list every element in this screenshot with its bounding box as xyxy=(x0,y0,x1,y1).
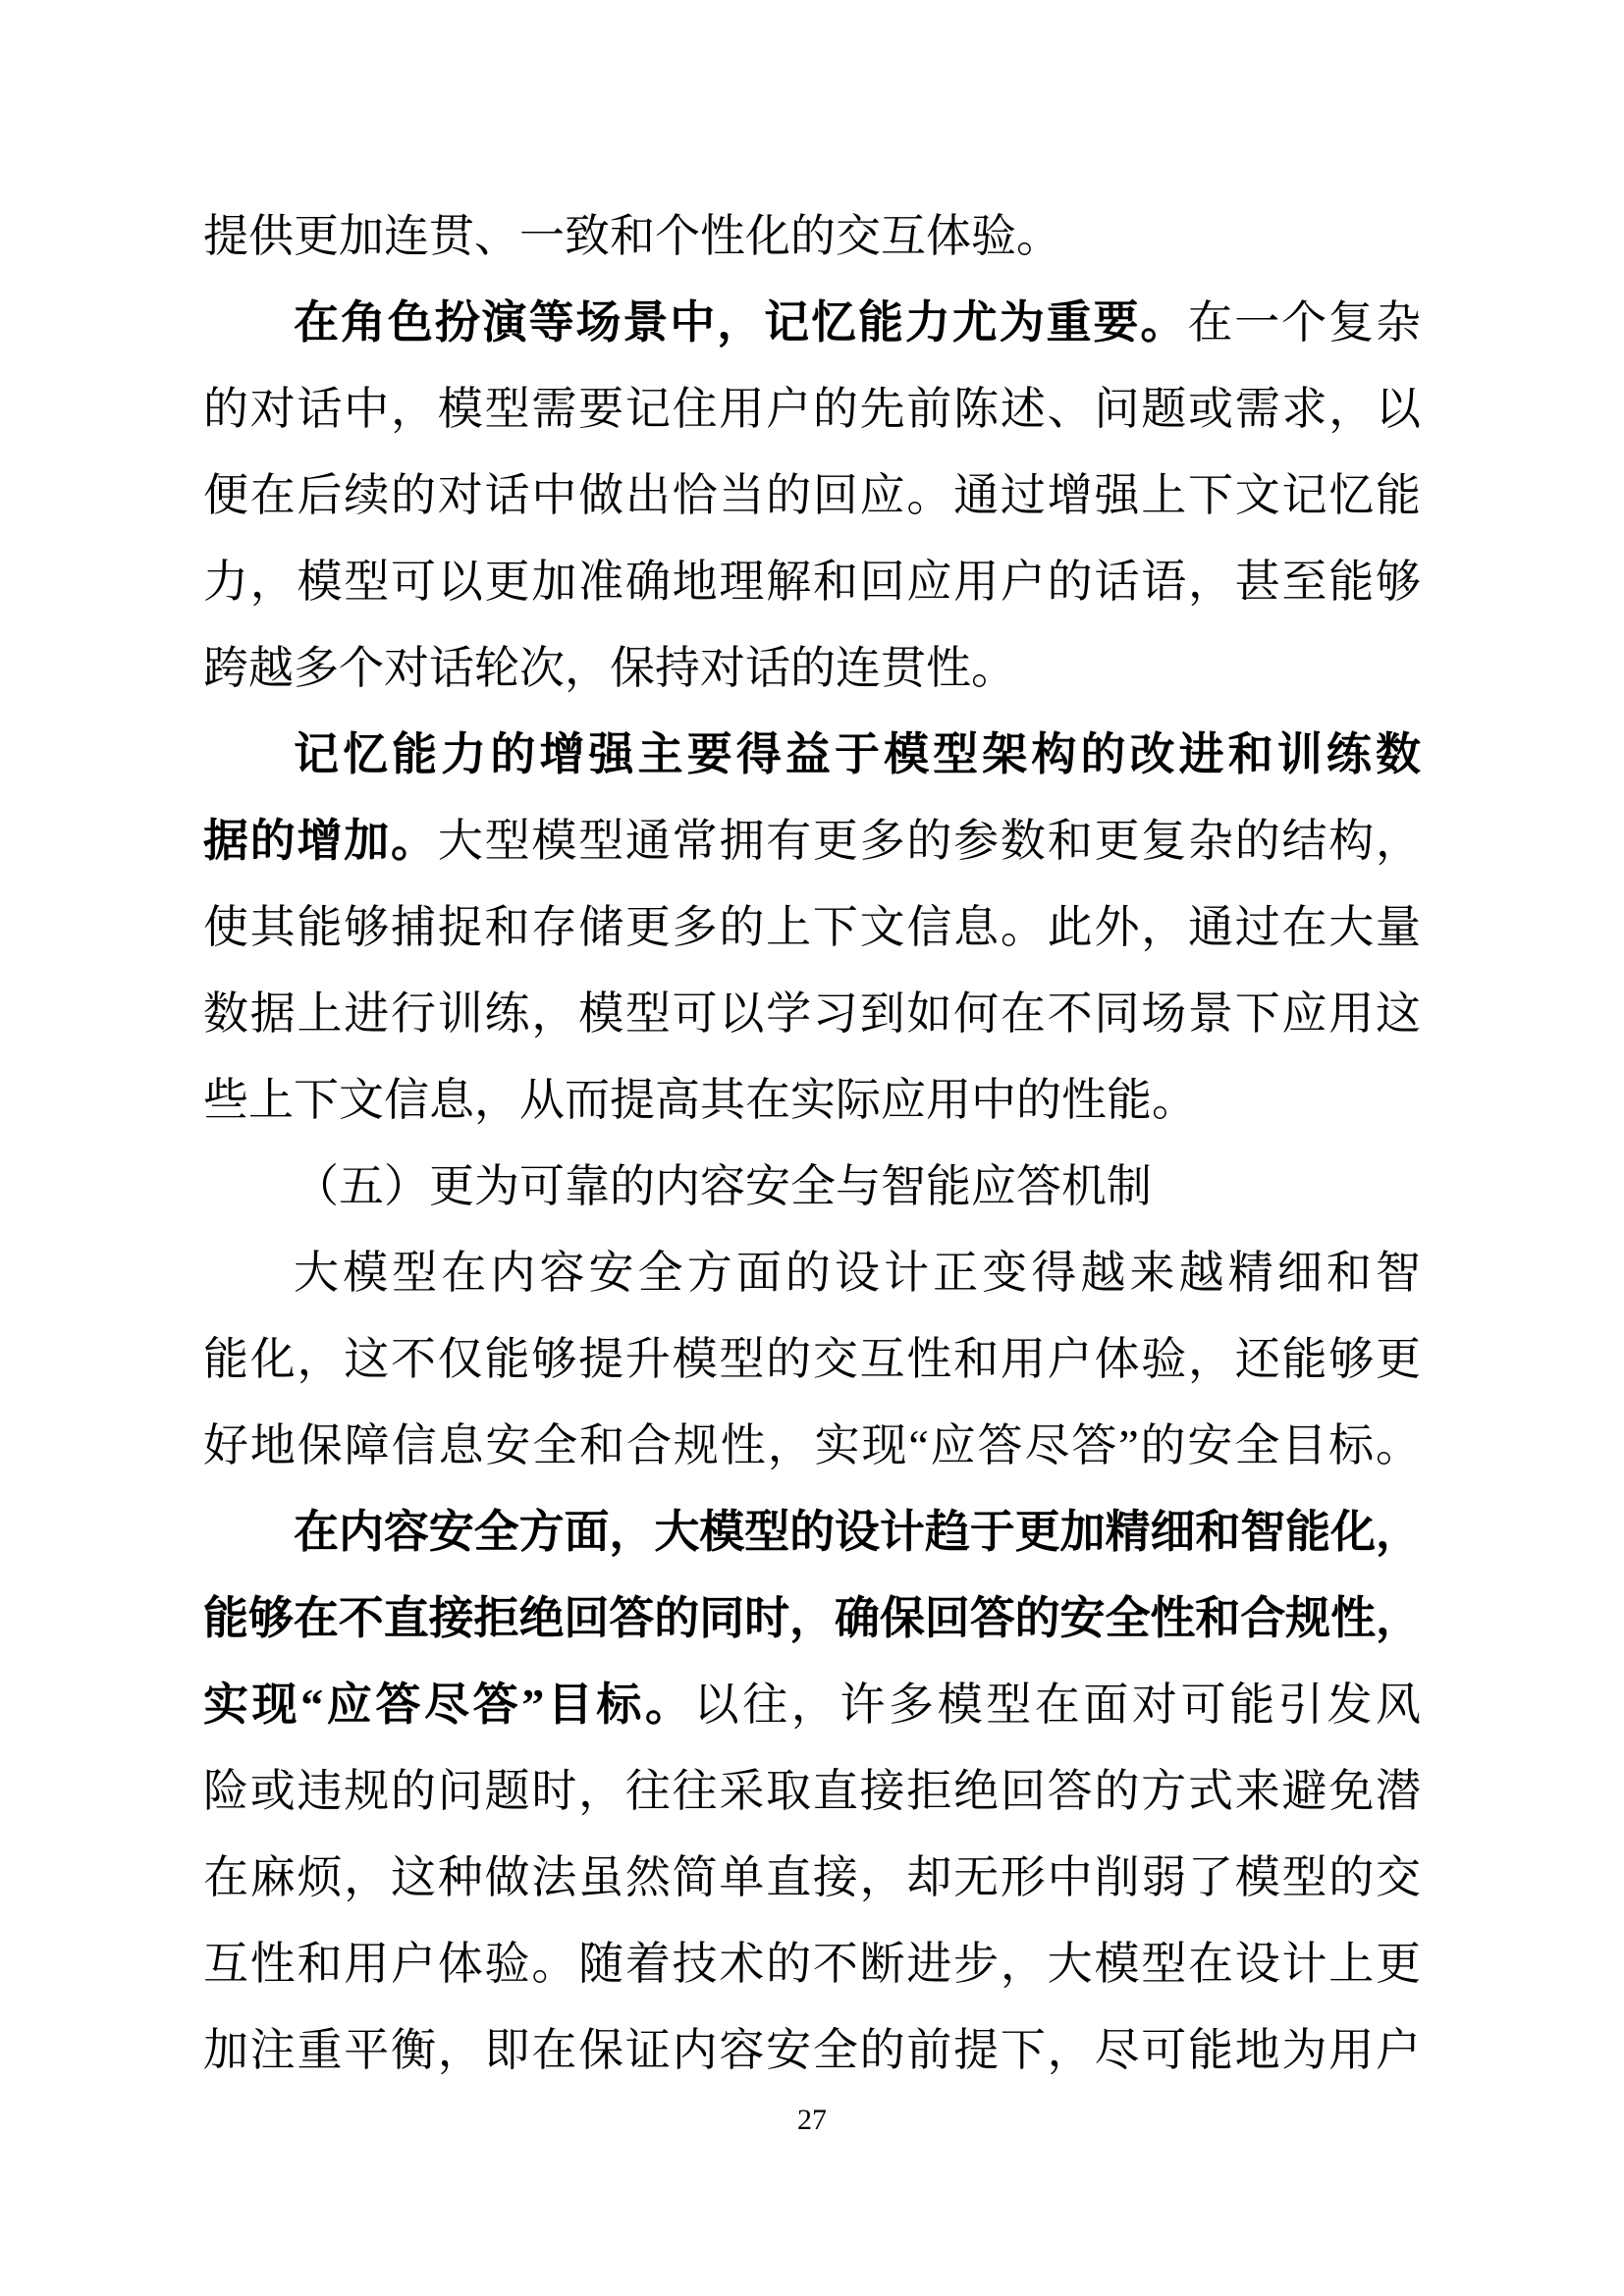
line-content: 好地保障信息安全和合规性，实现“应答尽答”的安全目标。 xyxy=(203,1403,1423,1489)
body-text: 以往，许多模型在面对可能引发风 xyxy=(694,1680,1425,1730)
line-content: 加注重平衡，即在保证内容安全的前提下，尽可能地为用户 xyxy=(203,2007,1423,2094)
emphasis-text: 实现“应答尽答”目标。 xyxy=(203,1680,694,1730)
emphasis-text: 在角色扮演等场景中，记忆能力尤为重要。 xyxy=(294,297,1187,347)
emphasis-text: 能够在不直接拒绝回答的同时，确保回答的安全性和合规性， xyxy=(203,1593,1421,1643)
text-line: 便在后续的对话中做出恰当的回应。通过增强上下文记忆能 xyxy=(203,453,1421,539)
body-text: 险或违规的问题时，往往采取直接拒绝回答的方式来避免潜 xyxy=(203,1766,1423,1816)
body-text: 的对话中，模型需要记住用户的先前陈述、问题或需求，以 xyxy=(203,384,1423,434)
text-line: 在麻烦，这种做法虽然简单直接，却无形中削弱了模型的交 xyxy=(203,1835,1421,1921)
text-line: 提供更加连贯、一致和个性化的交互体验。 xyxy=(203,193,1421,280)
text-line: 跨越多个对话轮次，保持对话的连贯性。 xyxy=(203,625,1421,712)
body-text: 互性和用户体验。随着技术的不断进步，大模型在设计上更 xyxy=(203,1939,1423,1989)
text-block: 提供更加连贯、一致和个性化的交互体验。在角色扮演等场景中，记忆能力尤为重要。在一… xyxy=(203,193,1421,2094)
line-content: 互性和用户体验。随着技术的不断进步，大模型在设计上更 xyxy=(203,1921,1423,2007)
body-text: 大型模型通常拥有更多的参数和更复杂的结构， xyxy=(438,816,1423,866)
body-text: 使其能够捕捉和存储更多的上下文信息。此外，通过在大量 xyxy=(203,902,1423,952)
text-line: 些上下文信息，从而提高其在实际应用中的性能。 xyxy=(203,1057,1421,1144)
text-line: 在角色扮演等场景中，记忆能力尤为重要。在一个复杂 xyxy=(203,280,1421,366)
text-line: 在内容安全方面，大模型的设计趋于更加精细和智能化， xyxy=(203,1489,1421,1575)
body-text: 大模型在内容安全方面的设计正变得越来越精细和智 xyxy=(294,1248,1425,1298)
line-content: 跨越多个对话轮次，保持对话的连贯性。 xyxy=(203,625,1016,712)
text-line: 能化，这不仅能够提升模型的交互性和用户体验，还能够更 xyxy=(203,1316,1421,1403)
body-text: 加注重平衡，即在保证内容安全的前提下，尽可能地为用户 xyxy=(203,2025,1423,2075)
line-content: 提供更加连贯、一致和个性化的交互体验。 xyxy=(203,193,1061,280)
body-text: 好地保障信息安全和合规性，实现“应答尽答”的安全目标。 xyxy=(203,1420,1423,1470)
body-text: 数据上进行训练，模型可以学习到如何在不同场景下应用这 xyxy=(203,988,1423,1039)
emphasis-text: 据的增加。 xyxy=(203,816,438,866)
line-content: 便在后续的对话中做出恰当的回应。通过增强上下文记忆能 xyxy=(203,453,1423,539)
text-line: 能够在不直接拒绝回答的同时，确保回答的安全性和合规性， xyxy=(203,1575,1421,1662)
body-text: 在一个复杂 xyxy=(1187,297,1423,347)
text-line: （五）更为可靠的内容安全与智能应答机制 xyxy=(203,1144,1421,1230)
line-content: 的对话中，模型需要记住用户的先前陈述、问题或需求，以 xyxy=(203,366,1423,453)
body-text: 力，模型可以更加准确地理解和回应用户的话语，甚至能够 xyxy=(203,557,1423,607)
line-content: 在内容安全方面，大模型的设计趋于更加精细和智能化， xyxy=(294,1489,1421,1575)
text-line: 好地保障信息安全和合规性，实现“应答尽答”的安全目标。 xyxy=(203,1403,1421,1489)
line-content: 使其能够捕捉和存储更多的上下文信息。此外，通过在大量 xyxy=(203,884,1423,971)
text-line: 数据上进行训练，模型可以学习到如何在不同场景下应用这 xyxy=(203,971,1421,1057)
body-text: （五）更为可靠的内容安全与智能应答机制 xyxy=(294,1161,1152,1211)
line-content: （五）更为可靠的内容安全与智能应答机制 xyxy=(294,1144,1152,1230)
line-content: 能化，这不仅能够提升模型的交互性和用户体验，还能够更 xyxy=(203,1316,1423,1403)
text-line: 据的增加。大型模型通常拥有更多的参数和更复杂的结构， xyxy=(203,798,1421,884)
text-line: 加注重平衡，即在保证内容安全的前提下，尽可能地为用户 xyxy=(203,2007,1421,2094)
text-line: 使其能够捕捉和存储更多的上下文信息。此外，通过在大量 xyxy=(203,884,1421,971)
line-content: 数据上进行训练，模型可以学习到如何在不同场景下应用这 xyxy=(203,971,1423,1057)
line-content: 记忆能力的增强主要得益于模型架构的改进和训练数 xyxy=(294,712,1425,798)
text-line: 记忆能力的增强主要得益于模型架构的改进和训练数 xyxy=(203,712,1421,798)
line-content: 实现“应答尽答”目标。以往，许多模型在面对可能引发风 xyxy=(203,1662,1425,1748)
body-text: 能化，这不仅能够提升模型的交互性和用户体验，还能够更 xyxy=(203,1334,1423,1384)
text-line: 的对话中，模型需要记住用户的先前陈述、问题或需求，以 xyxy=(203,366,1421,453)
line-content: 大模型在内容安全方面的设计正变得越来越精细和智 xyxy=(294,1230,1425,1316)
document-page: 提供更加连贯、一致和个性化的交互体验。在角色扮演等场景中，记忆能力尤为重要。在一… xyxy=(0,0,1624,2296)
page-number: 27 xyxy=(203,2101,1421,2140)
emphasis-text: 记忆能力的增强主要得益于模型架构的改进和训练数 xyxy=(294,729,1425,779)
text-line: 大模型在内容安全方面的设计正变得越来越精细和智 xyxy=(203,1230,1421,1316)
body-text: 些上下文信息，从而提高其在实际应用中的性能。 xyxy=(203,1075,1197,1125)
text-line: 险或违规的问题时，往往采取直接拒绝回答的方式来避免潜 xyxy=(203,1748,1421,1835)
line-content: 据的增加。大型模型通常拥有更多的参数和更复杂的结构， xyxy=(203,798,1423,884)
text-line: 力，模型可以更加准确地理解和回应用户的话语，甚至能够 xyxy=(203,539,1421,625)
body-text: 在麻烦，这种做法虽然简单直接，却无形中削弱了模型的交 xyxy=(203,1852,1423,1902)
emphasis-text: 在内容安全方面，大模型的设计趋于更加精细和智能化， xyxy=(294,1507,1421,1557)
line-content: 险或违规的问题时，往往采取直接拒绝回答的方式来避免潜 xyxy=(203,1748,1423,1835)
text-line: 互性和用户体验。随着技术的不断进步，大模型在设计上更 xyxy=(203,1921,1421,2007)
line-content: 些上下文信息，从而提高其在实际应用中的性能。 xyxy=(203,1057,1197,1144)
text-line: 实现“应答尽答”目标。以往，许多模型在面对可能引发风 xyxy=(203,1662,1421,1748)
body-text: 便在后续的对话中做出恰当的回应。通过增强上下文记忆能 xyxy=(203,470,1423,520)
body-text: 提供更加连贯、一致和个性化的交互体验。 xyxy=(203,211,1061,261)
line-content: 在麻烦，这种做法虽然简单直接，却无形中削弱了模型的交 xyxy=(203,1835,1423,1921)
line-content: 在角色扮演等场景中，记忆能力尤为重要。在一个复杂 xyxy=(294,280,1423,366)
line-content: 能够在不直接拒绝回答的同时，确保回答的安全性和合规性， xyxy=(203,1575,1421,1662)
body-text: 跨越多个对话轮次，保持对话的连贯性。 xyxy=(203,643,1016,693)
line-content: 力，模型可以更加准确地理解和回应用户的话语，甚至能够 xyxy=(203,539,1423,625)
